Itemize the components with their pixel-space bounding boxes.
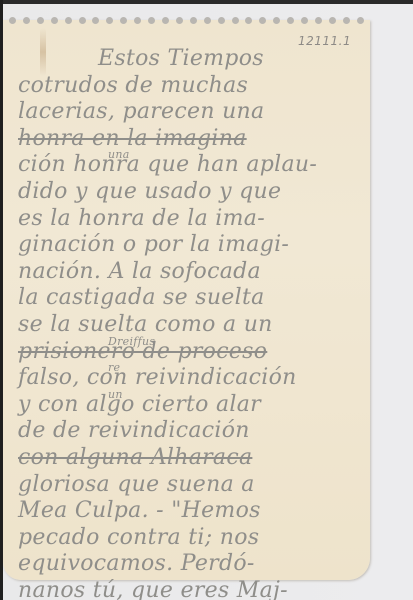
manuscript-line: cotrudos de muchas bbox=[18, 73, 363, 100]
manuscript-line: se la suelta como a un bbox=[18, 312, 363, 339]
perforation-hole bbox=[37, 17, 44, 24]
perforation-hole bbox=[162, 17, 169, 24]
manuscript-line: nación. A la sofocada bbox=[18, 259, 363, 286]
manuscript-line: honra en la imagina bbox=[18, 126, 363, 153]
line-text: ginación o por la imagi- bbox=[18, 232, 289, 257]
line-text: nanos tú, que eres Maj- bbox=[18, 578, 288, 600]
perforation-hole bbox=[120, 17, 127, 24]
interlinear-insertion: un bbox=[108, 382, 123, 409]
perforation-hole bbox=[273, 17, 280, 24]
manuscript-line: Mea Culpa. - "Hemos bbox=[18, 498, 363, 525]
perforation-hole bbox=[79, 17, 86, 24]
perforation-hole bbox=[329, 17, 336, 24]
perforation-hole bbox=[106, 17, 113, 24]
interlinear-insertion: una bbox=[108, 142, 130, 169]
manuscript-line: dido y que usado y que bbox=[18, 179, 363, 206]
manuscript-line: y con algo cierto alarun bbox=[18, 392, 363, 419]
manuscript-line: nanos tú, que eres Maj- bbox=[18, 578, 363, 600]
line-text: pecado contra ti; nos bbox=[18, 525, 259, 550]
line-text: equivocamos. Perdó- bbox=[18, 551, 255, 576]
manuscript-line: ginación o por la imagi- bbox=[18, 232, 363, 259]
manuscript-line: la castigada se suelta bbox=[18, 285, 363, 312]
line-text: con alguna Alharaca bbox=[18, 445, 252, 470]
interlinear-insertion: re bbox=[108, 355, 120, 382]
perforation-hole bbox=[357, 17, 364, 24]
line-text: dido y que usado y que bbox=[18, 179, 281, 204]
manuscript-line: ción honra que han aplau-una bbox=[18, 152, 363, 179]
perforation-hole bbox=[287, 17, 294, 24]
line-text: la castigada se suelta bbox=[18, 285, 265, 310]
perforation-hole bbox=[148, 17, 155, 24]
manuscript-line: con alguna Alharaca bbox=[18, 445, 363, 472]
perforation-hole bbox=[232, 17, 239, 24]
line-text: falso, con reivindicación bbox=[18, 365, 297, 390]
line-text: nación. A la sofocada bbox=[18, 259, 261, 284]
perforation-hole bbox=[176, 17, 183, 24]
perforation-hole bbox=[51, 17, 58, 24]
perforation-hole bbox=[9, 17, 16, 24]
line-text: gloriosa que suena a bbox=[18, 472, 255, 497]
manuscript-line: pecado contra ti; nos bbox=[18, 525, 363, 552]
manuscript-line: equivocamos. Perdó- bbox=[18, 551, 363, 578]
perforation-hole bbox=[259, 17, 266, 24]
line-text: honra en la imagina bbox=[18, 126, 247, 151]
perforation-hole bbox=[315, 17, 322, 24]
manuscript-line: de de reivindicación bbox=[18, 418, 363, 445]
perforation-hole bbox=[134, 17, 141, 24]
perforation-hole bbox=[92, 17, 99, 24]
line-text: de de reivindicación bbox=[18, 418, 250, 443]
perforation-hole bbox=[343, 17, 350, 24]
perforation-hole bbox=[218, 17, 225, 24]
manuscript-line: lacerias, parecen una bbox=[18, 99, 363, 126]
line-text: cotrudos de muchas bbox=[18, 73, 248, 98]
manuscript-line: gloriosa que suena a bbox=[18, 472, 363, 499]
perforation-hole bbox=[301, 17, 308, 24]
perforation-hole bbox=[204, 17, 211, 24]
perforation-hole bbox=[65, 17, 72, 24]
perforation-hole bbox=[190, 17, 197, 24]
perforated-edge bbox=[3, 14, 370, 26]
perforation-hole bbox=[245, 17, 252, 24]
manuscript-line: prisionero de procesoDreiffus bbox=[18, 339, 363, 366]
line-text: Estos Tiempos bbox=[98, 46, 264, 71]
line-text: es la honra de la ima- bbox=[18, 206, 265, 231]
line-text: Mea Culpa. - "Hemos bbox=[18, 498, 261, 523]
line-text: y con algo cierto alar bbox=[18, 392, 261, 417]
handwritten-text: Estos Tiemposcotrudos de muchaslacerias,… bbox=[18, 46, 363, 600]
manuscript-line: falso, con reivindicaciónre bbox=[18, 365, 363, 392]
line-text: lacerias, parecen una bbox=[18, 99, 264, 124]
manuscript-line: Estos Tiempos bbox=[18, 46, 363, 73]
perforation-hole bbox=[23, 17, 30, 24]
line-text: ción honra que han aplau- bbox=[18, 152, 317, 177]
interlinear-insertion: Dreiffus bbox=[108, 329, 155, 356]
manuscript-line: es la honra de la ima- bbox=[18, 206, 363, 233]
